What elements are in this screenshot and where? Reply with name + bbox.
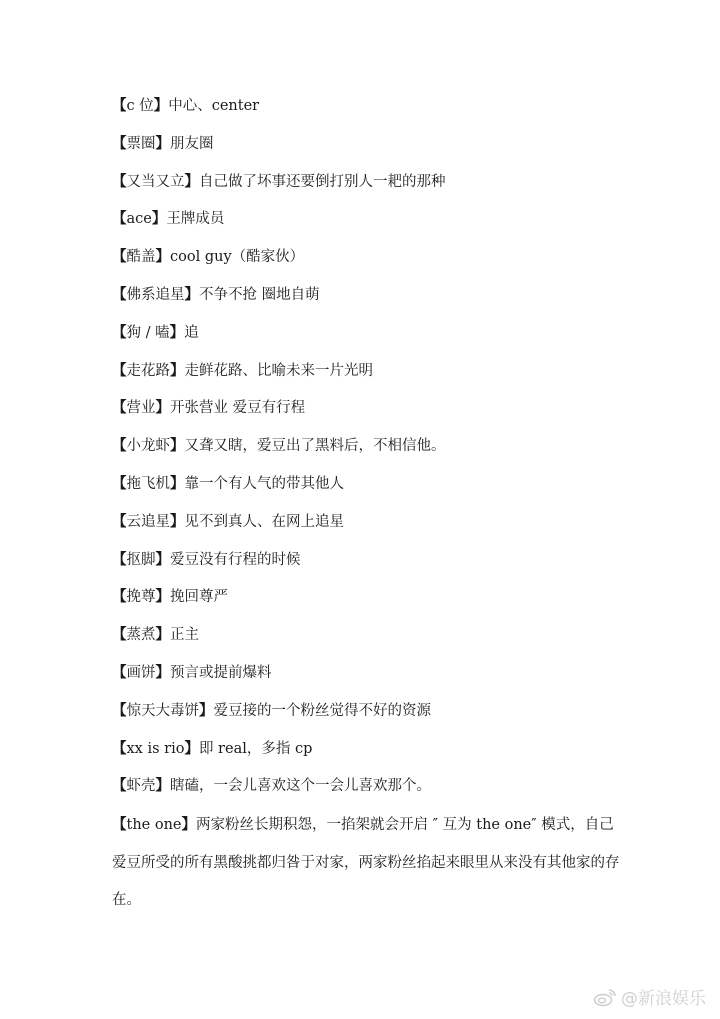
glossary-entry: 【酷盖】cool guy（酷家伙） [112, 246, 632, 284]
bracket-close: 】 [156, 664, 171, 681]
glossary-term: the one [127, 817, 182, 833]
bracket-close: 】 [156, 399, 171, 416]
glossary-term: 画饼 [127, 665, 156, 681]
glossary-definition: 见不到真人、在网上追星 [185, 514, 345, 530]
glossary-term: ace [127, 211, 152, 227]
glossary-entry: 【狗 / 嗑】追 [112, 322, 632, 360]
glossary-term: 佛系追星 [127, 287, 185, 303]
bracket-close: 】 [156, 588, 171, 605]
bracket-open: 【 [112, 475, 127, 492]
bracket-open: 【 [112, 702, 127, 719]
bracket-open: 【 [112, 816, 127, 833]
glossary-entry: 【the one】两家粉丝长期积怨，一掐架就会开启 ″ 互为 the one″ … [112, 806, 622, 920]
bracket-open: 【 [112, 362, 127, 379]
glossary-definition: 朋友圈 [170, 136, 214, 152]
glossary-definition: 追 [184, 325, 199, 341]
glossary-term: 拖飞机 [127, 476, 171, 492]
glossary-definition: 挽回尊严 [170, 589, 228, 605]
bracket-close: 】 [170, 324, 185, 341]
weibo-logo-icon [593, 987, 617, 1007]
glossary-definition: 瞎磕，一会儿喜欢这个一会儿喜欢那个。 [170, 778, 431, 794]
glossary-term: 营业 [127, 400, 156, 416]
bracket-open: 【 [112, 210, 127, 227]
glossary-entry: 【云追星】见不到真人、在网上追星 [112, 511, 632, 549]
bracket-open: 【 [112, 173, 127, 190]
glossary-definition: 靠一个有人气的带其他人 [185, 476, 345, 492]
bracket-open: 【 [112, 437, 127, 454]
glossary-term: 走花路 [127, 363, 171, 379]
glossary-entry: 【ace】王牌成员 [112, 208, 632, 246]
bracket-open: 【 [112, 664, 127, 681]
glossary-entry: 【又当又立】自己做了坏事还要倒打别人一耙的那种 [112, 171, 632, 209]
glossary-term: 蒸煮 [127, 627, 156, 643]
glossary-term: 狗 / 嗑 [127, 325, 170, 341]
glossary-definition: 正主 [170, 627, 199, 643]
bracket-open: 【 [112, 286, 127, 303]
glossary-entry: 【票圈】朋友圈 [112, 133, 632, 171]
bracket-open: 【 [112, 135, 127, 152]
bracket-close: 】 [156, 248, 171, 265]
glossary-entry: 【抠脚】爱豆没有行程的时候 [112, 549, 632, 587]
watermark-text: @新浪娱乐 [621, 984, 706, 1009]
glossary-definition: 爱豆接的一个粉丝觉得不好的资源 [214, 703, 432, 719]
glossary-definition: cool guy（酷家伙） [170, 249, 304, 265]
bracket-open: 【 [112, 399, 127, 416]
bracket-close: 】 [152, 210, 167, 227]
bracket-close: 】 [182, 816, 197, 833]
glossary-definition: 中心、center [168, 98, 259, 114]
bracket-close: 】 [154, 97, 169, 114]
bracket-open: 【 [112, 777, 127, 794]
glossary-entry: 【c 位】中心、center [112, 95, 632, 133]
glossary-entry: 【画饼】预言或提前爆料 [112, 662, 632, 700]
bracket-close: 】 [156, 551, 171, 568]
bracket-close: 】 [199, 702, 214, 719]
glossary-term: 惊天大毒饼 [127, 703, 200, 719]
glossary-definition: 王牌成员 [166, 211, 224, 227]
weibo-watermark: @新浪娱乐 [593, 984, 706, 1009]
bracket-close: 】 [185, 173, 200, 190]
bracket-open: 【 [112, 626, 127, 643]
glossary-entry: 【挽尊】挽回尊严 [112, 586, 632, 624]
glossary-term: 挽尊 [127, 589, 156, 605]
glossary-definition: 自己做了坏事还要倒打别人一耙的那种 [199, 174, 446, 190]
bracket-close: 】 [170, 475, 185, 492]
glossary-document: 【c 位】中心、center 【票圈】朋友圈 【又当又立】自己做了坏事还要倒打别… [112, 95, 632, 920]
bracket-close: 】 [185, 286, 200, 303]
glossary-definition: 开张营业 爱豆有行程 [170, 400, 305, 416]
glossary-term: 又当又立 [127, 174, 185, 190]
bracket-close: 】 [170, 513, 185, 530]
bracket-close: 】 [156, 777, 171, 794]
bracket-open: 【 [112, 97, 127, 114]
glossary-term: 小龙虾 [127, 438, 171, 454]
glossary-entry: 【蒸煮】正主 [112, 624, 632, 662]
bracket-open: 【 [112, 248, 127, 265]
glossary-definition: 爱豆没有行程的时候 [170, 552, 301, 568]
glossary-entry: 【走花路】走鲜花路、比喻未来一片光明 [112, 360, 632, 398]
glossary-definition: 预言或提前爆料 [170, 665, 272, 681]
bracket-open: 【 [112, 588, 127, 605]
glossary-definition: 又聋又瞎，爱豆出了黑料后，不相信他。 [185, 438, 446, 454]
glossary-entry: 【小龙虾】又聋又瞎，爱豆出了黑料后，不相信他。 [112, 435, 632, 473]
glossary-definition: 即 real，多指 cp [199, 741, 312, 757]
bracket-close: 】 [170, 362, 185, 379]
glossary-term: c 位 [127, 98, 154, 114]
bracket-open: 【 [112, 324, 127, 341]
glossary-term: 酷盖 [127, 249, 156, 265]
glossary-term: 云追星 [127, 514, 171, 530]
glossary-term: 虾壳 [127, 778, 156, 794]
bracket-open: 【 [112, 513, 127, 530]
bracket-close: 】 [156, 626, 171, 643]
glossary-entry: 【xx is rio】即 real，多指 cp [112, 738, 632, 776]
glossary-entry: 【惊天大毒饼】爱豆接的一个粉丝觉得不好的资源 [112, 700, 632, 738]
glossary-entry: 【营业】开张营业 爱豆有行程 [112, 397, 632, 435]
bracket-close: 】 [170, 437, 185, 454]
bracket-open: 【 [112, 551, 127, 568]
glossary-definition: 走鲜花路、比喻未来一片光明 [185, 363, 374, 379]
glossary-term: xx is rio [127, 741, 185, 757]
bracket-close: 】 [184, 740, 199, 757]
bracket-open: 【 [112, 740, 127, 757]
glossary-term: 票圈 [127, 136, 156, 152]
bracket-close: 】 [156, 135, 171, 152]
glossary-definition: 不争不抢 圈地自萌 [199, 287, 320, 303]
glossary-term: 抠脚 [127, 552, 156, 568]
glossary-entry: 【佛系追星】不争不抢 圈地自萌 [112, 284, 632, 322]
glossary-entry: 【拖飞机】靠一个有人气的带其他人 [112, 473, 632, 511]
